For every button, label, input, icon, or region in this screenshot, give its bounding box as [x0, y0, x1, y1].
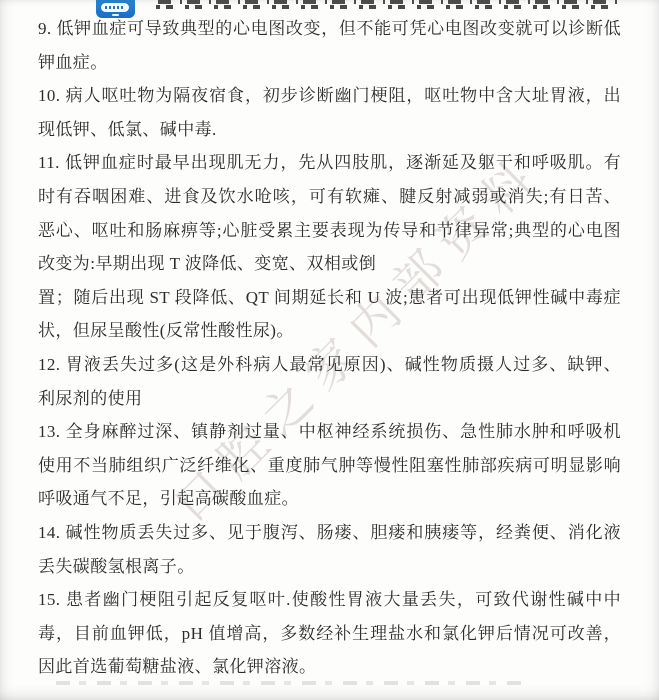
badge-pill-text — [105, 6, 125, 9]
note-item-15-line-1: 15. 患者幽门梗阻引起反复呕叶.使酸性胃液大量丢失，可致代谢性碱中中 — [38, 583, 621, 617]
note-item-12-line-2: 利尿剂的使用 — [38, 382, 621, 416]
note-item-14-line-2: 丢失碳酸氢根离子。 — [38, 550, 621, 584]
note-item-11-line-3: 恶心、呕吐和肠麻痹等;心脏受累主要表现为传导和节律异常;典型的心电图 — [38, 214, 621, 248]
badge-dash — [112, 14, 119, 16]
note-item-14-line-1: 14. 碱性物质丢失过多、见于腹泻、肠瘘、胆瘘和胰瘘等，经粪便、消化液 — [38, 516, 621, 550]
logo-badge — [96, 0, 135, 18]
note-item-15-line-2: 毒，目前血钾低，pH 值增高，多数经补生理盐水和氯化钾后情况可改善， — [38, 617, 621, 651]
note-item-11-line-5: 置；随后出现 ST 段降低、QT 间期延长和 U 波;患者可出现低钾性碱中毒症 — [38, 281, 621, 315]
note-item-13-line-1: 13. 全身麻醉过深、镇静剂过量、中枢神经系统损伤、急性肺水肿和呼吸机 — [38, 415, 621, 449]
note-item-10-line-1: 10. 病人呕吐物为隔夜宿食，初步诊断幽门梗阻，呕吐物中含大址胃液，出 — [38, 79, 621, 113]
note-item-11-line-1: 11. 低钾血症时最早出现肌无力，先从四肢肌，逐渐延及躯干和呼吸肌。有 — [38, 146, 621, 180]
note-item-9-line-2: 钾血症。 — [38, 46, 621, 80]
note-item-10-line-2: 现低钾、低氯、碱中毒. — [38, 113, 621, 147]
ghost-text-fragments — [56, 681, 524, 685]
note-item-12-line-1: 12. 胃液丢失过多(这是外科病人最常见原因)、碱性物质摄人过多、缺钾、 — [38, 348, 621, 382]
note-item-11-line-6: 状，但尿呈酸性(反常性酸性尿)。 — [38, 314, 621, 348]
badge-pill — [101, 3, 129, 12]
note-item-13-line-3: 呼吸通气不足，引起高碳酸血症。 — [38, 482, 621, 516]
clipped-text-fragments — [156, 0, 618, 9]
note-item-11-line-2: 时有吞咽困难、进食及饮水呛咳，可有软瘫、腱反射减弱或消失;有日苦、 — [38, 180, 621, 214]
document-photo: { "page": { "background": "#fdfdfc", "te… — [0, 0, 659, 700]
note-item-15-line-3: 因此首选葡萄糖盐液、氯化钾溶液。 — [38, 650, 621, 684]
note-item-11-line-4: 改变为:早期出现 T 波降低、变宽、双相或倒 — [38, 247, 621, 281]
notes-list: 9. 低钾血症可导致典型的心电图改变，但不能可凭心电图改变就可以诊断低钾血症。1… — [38, 12, 621, 684]
note-item-13-line-2: 使用不当肺组织广泛纤维化、重度肺气肿等慢性阻塞性肺部疾病可明显影响 — [38, 449, 621, 483]
